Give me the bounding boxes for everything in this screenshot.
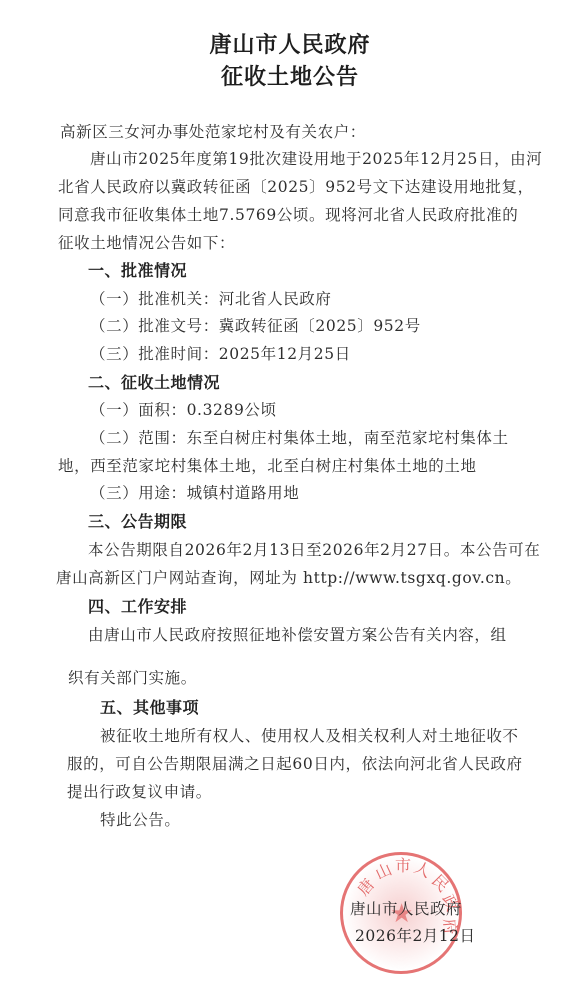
section-5-heading: 五、其他事项 bbox=[100, 695, 199, 718]
seal-char: 市 bbox=[395, 853, 411, 876]
signature-issuer: 唐山市人民政府 bbox=[350, 897, 462, 919]
section-3-line-2: 唐山高新区门户网站查询，网址为 http://www.tsgxq.gov.cn。 bbox=[56, 566, 521, 588]
section-2-line-2: （二）范围：东至白树庄村集体土地，南至范家坨村集体土 bbox=[90, 426, 509, 448]
intro-line-1: 唐山市2025年度第19批次建设用地于2025年12月25日，由河 bbox=[90, 147, 542, 169]
intro-line-2: 北省人民政府以冀政转征函〔2025〕952号文下达建设用地批复， bbox=[58, 175, 534, 197]
section-1-line-1: （一）批准机关：河北省人民政府 bbox=[90, 287, 332, 309]
section-3-heading: 三、公告期限 bbox=[88, 509, 187, 532]
section-5-line-4: 特此公告。 bbox=[100, 808, 181, 830]
seal-char: 唐 bbox=[351, 873, 379, 900]
addressee: 高新区三女河办事处范家坨村及有关农户： bbox=[60, 120, 366, 142]
seal-char: 民 bbox=[427, 869, 455, 897]
section-2-line-4: （三）用途：城镇村道路用地 bbox=[90, 481, 299, 503]
section-4-line-1: 由唐山市人民政府按照征地补偿安置方案公告有关内容，组 bbox=[88, 623, 507, 645]
intro-line-4: 征收土地情况公告如下： bbox=[58, 231, 235, 253]
section-5-line-1: 被征收土地所有权人、使用权人及相关权利人对土地征收不 bbox=[100, 724, 519, 746]
section-1-heading: 一、批准情况 bbox=[88, 258, 187, 281]
seal-char: 人 bbox=[411, 855, 435, 883]
section-4-heading: 四、工作安排 bbox=[88, 594, 187, 617]
section-2-heading: 二、征收土地情况 bbox=[88, 370, 220, 393]
section-5-line-3: 提出行政复议申请。 bbox=[67, 780, 212, 802]
section-2-line-3: 地，西至范家坨村集体土地，北至白树庄村集体土地的土地 bbox=[58, 454, 477, 476]
seal-char: 山 bbox=[371, 857, 395, 885]
section-3-line-1: 本公告期限自2026年2月13日至2026年2月27日。本公告可在 bbox=[88, 538, 540, 560]
document-title-subject: 征收土地公告 bbox=[0, 60, 580, 91]
section-1-line-2: （二）批准文号：冀政转征函〔2025〕952号 bbox=[90, 314, 421, 336]
intro-line-3: 同意我市征收集体土地7.5769公顷。现将河北省人民政府批准的 bbox=[58, 203, 518, 225]
signature-date: 2026年2月12日 bbox=[355, 924, 476, 946]
section-2-line-1: （一）面积：0.3289公顷 bbox=[90, 398, 277, 420]
section-5-line-2: 服的，可自公告期限届满之日起60日内，依法向河北省人民政府 bbox=[67, 752, 523, 774]
section-4-line-2: 织有关部门实施。 bbox=[68, 666, 197, 688]
section-1-line-3: （三）批准时间：2025年12月25日 bbox=[90, 342, 351, 364]
document-title-issuer: 唐山市人民政府 bbox=[0, 28, 580, 59]
